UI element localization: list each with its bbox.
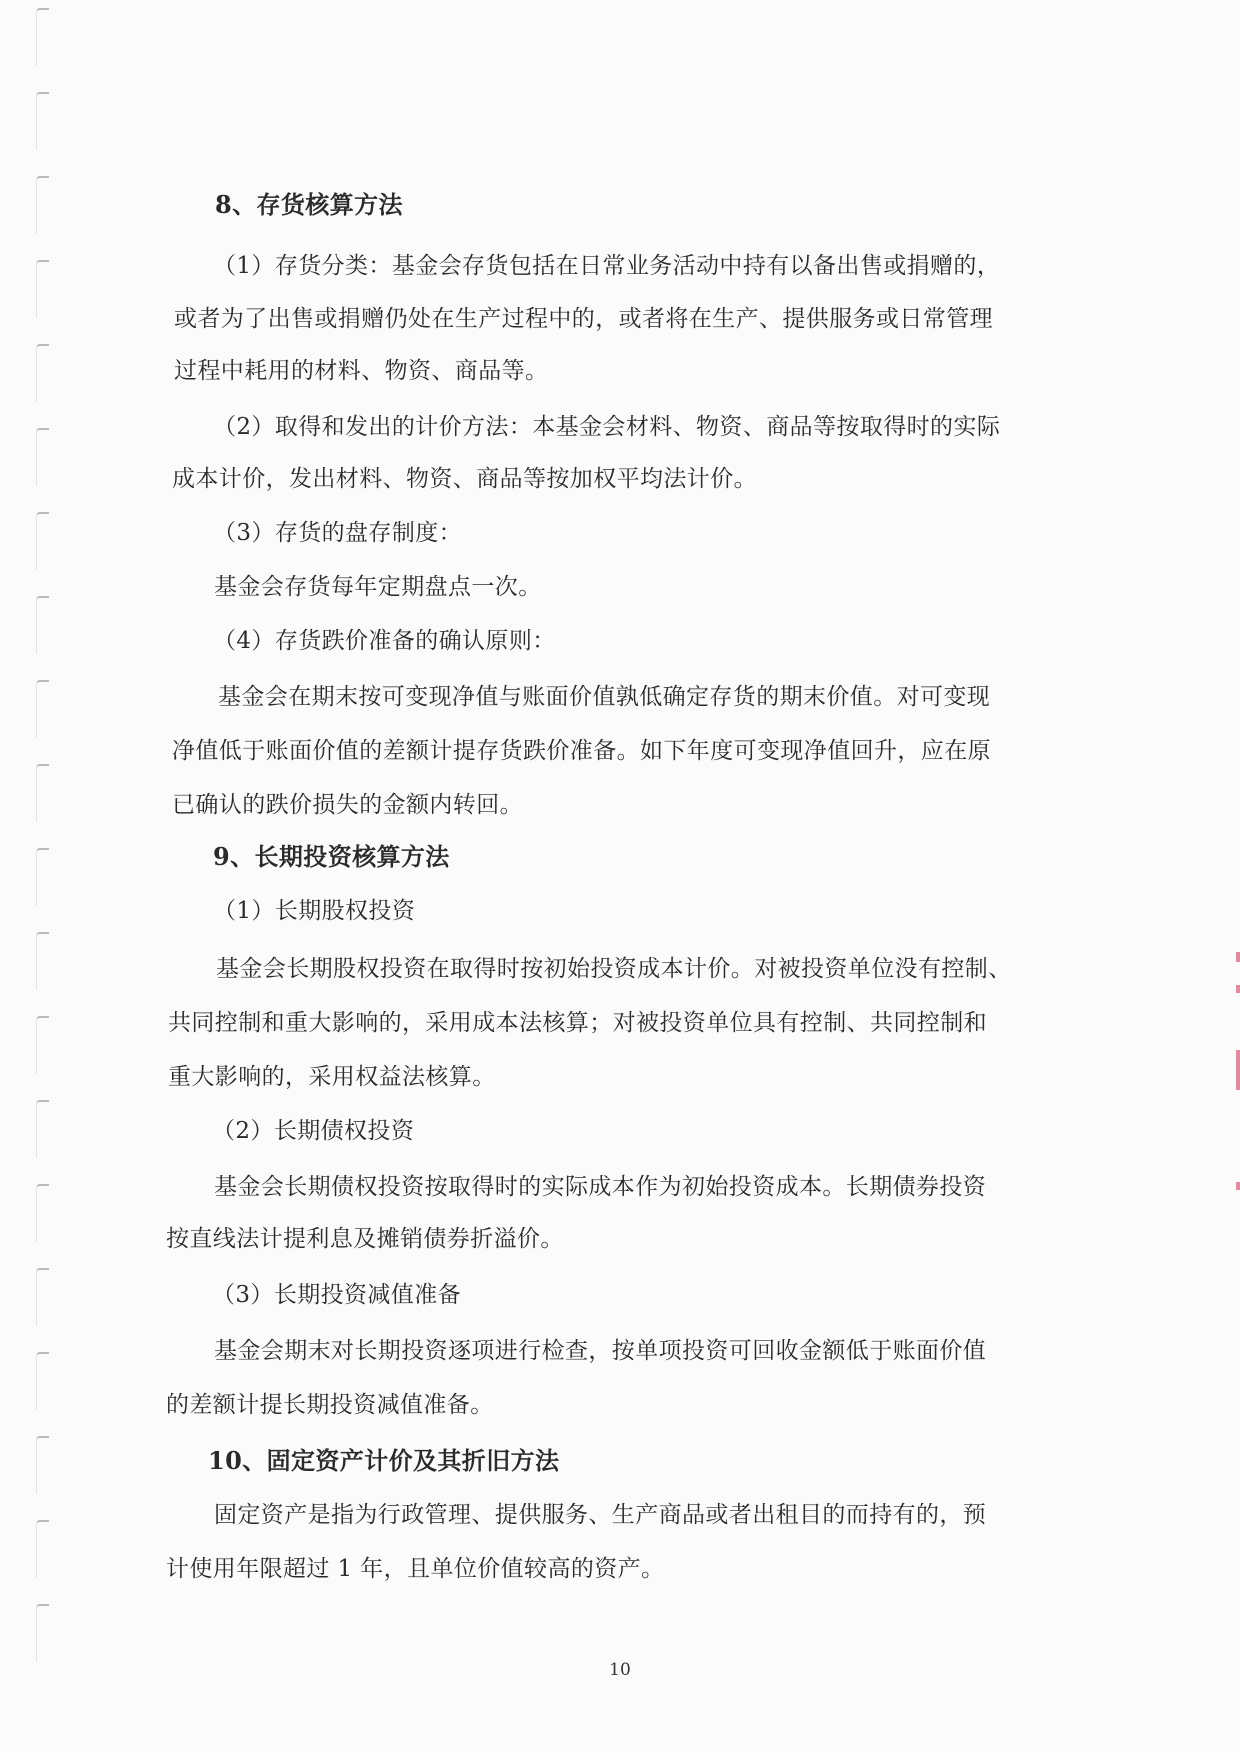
binding-mark	[36, 932, 49, 990]
binding-mark	[36, 428, 49, 486]
binding-mark	[36, 1268, 49, 1326]
binding-mark	[36, 8, 49, 66]
paragraph-line: 成本计价，发出材料、物资、商品等按加权平均法计价。	[172, 464, 757, 494]
binding-mark	[36, 848, 49, 906]
paragraph-line: 基金会期末对长期投资逐项进行检查，按单项投资可回收金额低于账面价值	[214, 1336, 986, 1366]
subsection-title: （4）存货跌价准备的确认原则：	[213, 626, 556, 656]
binding-hole-marks	[36, 0, 56, 1753]
subsection-title: （1）存货分类：基金会存货包括在日常业务活动中持有以备出售或捐赠的，	[213, 251, 1000, 281]
binding-mark	[36, 596, 49, 654]
paragraph-line: 基金会在期末按可变现净值与账面价值孰低确定存货的期末价值。对可变现	[218, 682, 990, 712]
binding-mark	[36, 1352, 49, 1410]
binding-mark	[36, 764, 49, 822]
paragraph-line: 重大影响的，采用权益法核算。	[168, 1062, 496, 1092]
binding-mark	[36, 344, 49, 402]
paragraph-line: 或者为了出售或捐赠仍处在生产过程中的，或者将在生产、提供服务或日常管理	[174, 304, 993, 334]
binding-mark	[36, 512, 49, 570]
paragraph-line: 净值低于账面价值的差额计提存货跌价准备。如下年度可变现净值回升，应在原	[172, 736, 991, 766]
paragraph-line: 基金会长期债权投资按取得时的实际成本作为初始投资成本。长期债券投资	[214, 1172, 986, 1202]
section-heading: 9、长期投资核算方法	[213, 842, 450, 872]
subsection-title: （2）取得和发出的计价方法：本基金会材料、物资、商品等按取得时的实际	[213, 412, 1000, 442]
subsection-title: （2）长期债权投资	[212, 1116, 414, 1146]
section-heading: 10、固定资产计价及其折旧方法	[208, 1446, 559, 1476]
section-heading: 8、存货核算方法	[215, 190, 403, 220]
subsection-title: （3）长期投资减值准备	[212, 1280, 461, 1310]
binding-mark	[36, 1604, 49, 1662]
binding-mark	[36, 1016, 49, 1074]
paragraph-line: 基金会存货每年定期盘点一次。	[214, 572, 542, 602]
binding-mark	[36, 1184, 49, 1242]
subsection-title: （3）存货的盘存制度：	[213, 518, 462, 548]
binding-mark	[36, 176, 49, 234]
paragraph-line: 的差额计提长期投资减值准备。	[166, 1390, 494, 1420]
paragraph-line: 固定资产是指为行政管理、提供服务、生产商品或者出租目的而持有的，预	[214, 1500, 986, 1530]
binding-mark	[36, 1436, 49, 1494]
binding-mark	[36, 680, 49, 738]
subsection-title: （1）长期股权投资	[213, 896, 415, 926]
page-number: 10	[0, 1660, 1240, 1680]
binding-mark	[36, 92, 49, 150]
paragraph-line: 过程中耗用的材料、物资、商品等。	[174, 356, 548, 386]
binding-mark	[36, 260, 49, 318]
paragraph-line: 已确认的跌价损失的金额内转回。	[172, 790, 523, 820]
paragraph-line: 按直线法计提利息及摊销债券折溢价。	[166, 1224, 564, 1254]
binding-mark	[36, 1520, 49, 1578]
binding-mark	[36, 1100, 49, 1158]
paragraph-line: 计使用年限超过 1 年，且单位价值较高的资产。	[166, 1554, 664, 1584]
paragraph-line: 基金会长期股权投资在取得时按初始投资成本计价。对被投资单位没有控制、	[216, 954, 1012, 984]
paragraph-line: 共同控制和重大影响的，采用成本法核算；对被投资单位具有控制、共同控制和	[168, 1008, 987, 1038]
